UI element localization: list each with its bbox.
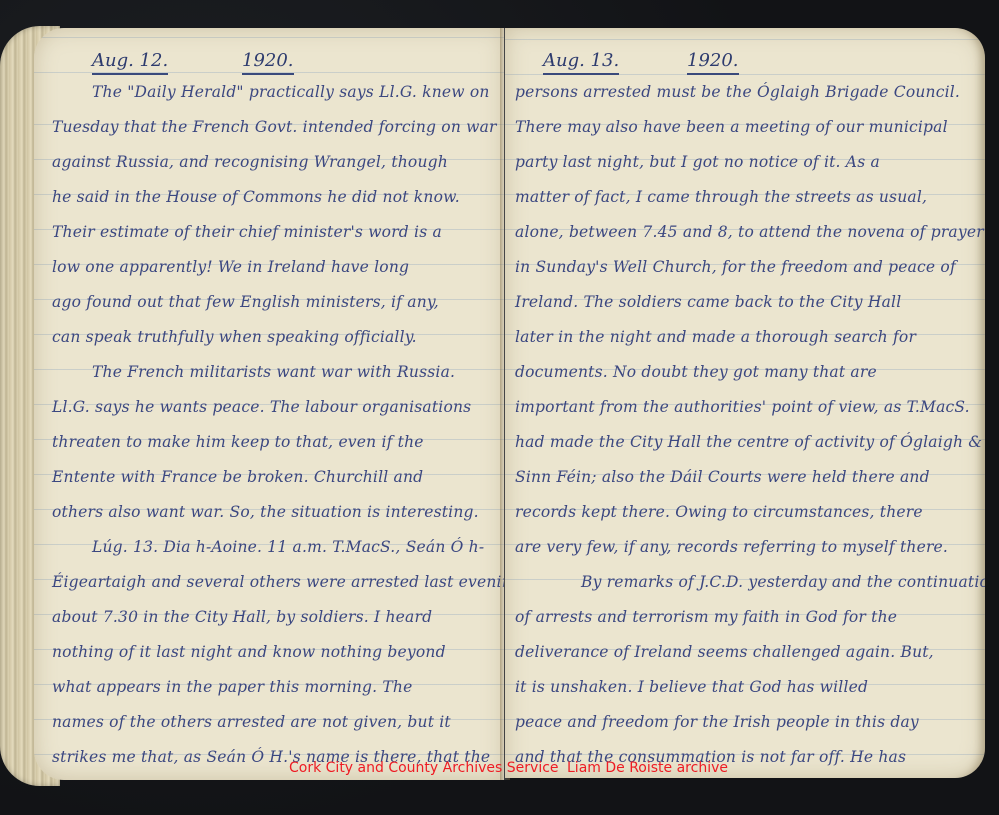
- text-line: against Russia, and recognising Wrangel,…: [34, 145, 504, 180]
- right-page-year: 1920.: [687, 50, 739, 71]
- text-line: Ll.G. says he wants peace. The labour or…: [34, 390, 504, 425]
- text-line: matter of fact, I came through the stree…: [505, 180, 985, 215]
- text-line: Tuesday that the French Govt. intended f…: [34, 110, 504, 145]
- diary-spread: Aug. 12. 1920. The "Daily Herald" practi…: [0, 0, 999, 815]
- text-line: about 7.30 in the City Hall, by soldiers…: [34, 600, 504, 635]
- text-line: By remarks of J.C.D. yesterday and the c…: [505, 565, 985, 600]
- text-line: he said in the House of Commons he did n…: [34, 180, 504, 215]
- text-line: important from the authorities' point of…: [505, 390, 985, 425]
- text-line: alone, between 7.45 and 8, to attend the…: [505, 215, 985, 250]
- right-page-text: persons arrested must be the Óglaigh Bri…: [505, 75, 985, 775]
- text-line: Éigeartaigh and several others were arre…: [34, 565, 504, 600]
- left-page-date: Aug. 12.: [92, 50, 168, 71]
- left-page-text: The "Daily Herald" practically says Ll.G…: [34, 75, 504, 775]
- text-line: documents. No doubt they got many that a…: [505, 355, 985, 390]
- left-page: Aug. 12. 1920. The "Daily Herald" practi…: [34, 28, 504, 780]
- text-line: had made the City Hall the centre of act…: [505, 425, 985, 460]
- text-line: others also want war. So, the situation …: [34, 495, 504, 530]
- text-line: are very few, if any, records referring …: [505, 530, 985, 565]
- collection-caption: Liam De Roiste archive: [567, 760, 728, 776]
- text-line: Entente with France be broken. Churchill…: [34, 460, 504, 495]
- right-page: Aug. 13. 1920. persons arrested must be …: [505, 28, 985, 778]
- left-page-year: 1920.: [242, 50, 294, 71]
- text-line: The "Daily Herald" practically says Ll.G…: [34, 75, 504, 110]
- text-line: Sinn Féin; also the Dáil Courts were hel…: [505, 460, 985, 495]
- text-line: threaten to make him keep to that, even …: [34, 425, 504, 460]
- text-line: it is unshaken. I believe that God has w…: [505, 670, 985, 705]
- text-line: records kept there. Owing to circumstanc…: [505, 495, 985, 530]
- text-line: deliverance of Ireland seems challenged …: [505, 635, 985, 670]
- text-line: Ireland. The soldiers came back to the C…: [505, 285, 985, 320]
- archive-caption: Cork City and County Archives Service: [289, 760, 559, 776]
- text-line: what appears in the paper this morning. …: [34, 670, 504, 705]
- text-line: of arrests and terrorism my faith in God…: [505, 600, 985, 635]
- text-line: names of the others arrested are not giv…: [34, 705, 504, 740]
- text-line: The French militarists want war with Rus…: [34, 355, 504, 390]
- text-line: persons arrested must be the Óglaigh Bri…: [505, 75, 985, 110]
- text-line: party last night, but I got no notice of…: [505, 145, 985, 180]
- text-line: ago found out that few English ministers…: [34, 285, 504, 320]
- text-line: nothing of it last night and know nothin…: [34, 635, 504, 670]
- right-page-date: Aug. 13.: [543, 50, 619, 71]
- entry-heading-line: Lúg. 13. Dia h-Aoine. 11 a.m. T.MacS., S…: [34, 530, 504, 565]
- text-line: Their estimate of their chief minister's…: [34, 215, 504, 250]
- text-line: peace and freedom for the Irish people i…: [505, 705, 985, 740]
- text-line: can speak truthfully when speaking offic…: [34, 320, 504, 355]
- text-line: low one apparently! We in Ireland have l…: [34, 250, 504, 285]
- text-line: There may also have been a meeting of ou…: [505, 110, 985, 145]
- text-line: later in the night and made a thorough s…: [505, 320, 985, 355]
- text-line: in Sunday's Well Church, for the freedom…: [505, 250, 985, 285]
